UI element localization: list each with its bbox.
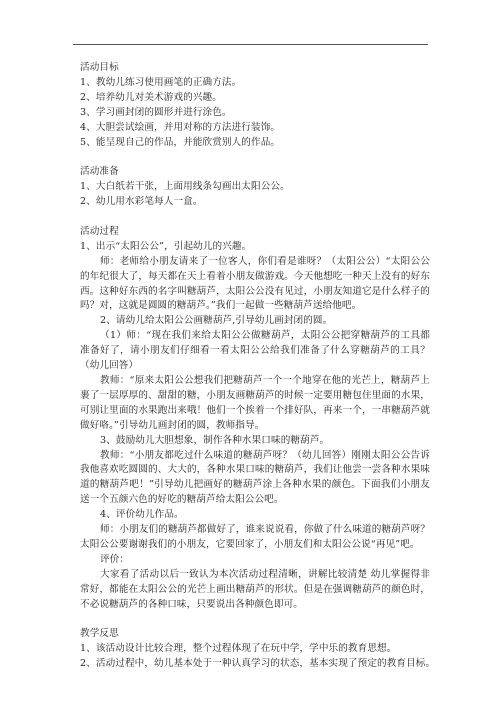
list-item: 2、活动过程中，幼儿基本处于一种认真学习的状态，基本实现了预定的教育目标。 (80, 657, 430, 672)
list-item: 1、该活动设计比较合理，整个过程体现了在玩中学，学中乐的教育思想。 (80, 642, 430, 657)
section-preparation: 活动准备 1、大白纸若干张，上面用线条勾画出太阳公公。 2、幼儿用水彩笔每人一盒… (80, 165, 430, 210)
step-paragraph: （1）师：“现在我们来给太阳公公做糖葫芦，太阳公公把穿糖葫芦的工具都准备好了，请… (80, 329, 430, 374)
section-heading: 活动目标 (80, 61, 430, 76)
step-title: 3、鼓励幼儿大胆想象，制作各种水果口味的糖葫芦。 (80, 434, 430, 449)
step-paragraph: 师：小朋友们的糖葫芦都做好了，谁来说说看，你做了什么味道的糖葫芦呀？太阳公公要谢… (80, 523, 430, 553)
section-process: 活动过程 1、出示“太阳公公”，引起幼儿的兴趣。 师：老师给小朋友请来了一位客人… (80, 225, 430, 613)
evaluation-label: 评价： (80, 553, 430, 568)
spacer (80, 150, 430, 165)
document-body: 活动目标 1、教幼儿练习使用画笔的正确方法。 2、培养幼儿对美术游戏的兴趣。 3… (80, 61, 430, 672)
section-goals: 活动目标 1、教幼儿练习使用画笔的正确方法。 2、培养幼儿对美术游戏的兴趣。 3… (80, 61, 430, 150)
step-paragraph: 教师：“原来太阳公公想我们把糖葫芦一个一个地穿在他的光芒上，糖葫芦上裹了一层厚厚… (80, 374, 430, 434)
list-item: 1、大白纸若干张，上面用线条勾画出太阳公公。 (80, 180, 430, 195)
spacer (80, 210, 430, 225)
step-title: 2、请幼儿给太阳公公画糖葫芦,引导幼儿画封闭的圆。 (80, 314, 430, 329)
header-rule (73, 44, 428, 45)
evaluation-paragraph: 大家看了活动以后一致认为本次活动过程清晰，讲解比较清楚 幼儿掌握得非常好，都能在… (80, 568, 430, 613)
section-heading: 活动准备 (80, 165, 430, 180)
step-paragraph: 教师：“小朋友都吃过什么味道的糖葫芦呀？（幼儿回答）刚刚太阳公公告诉我他喜欢吃圆… (80, 449, 430, 509)
list-item: 2、培养幼儿对美术游戏的兴趣。 (80, 91, 430, 106)
list-item: 2、幼儿用水彩笔每人一盒。 (80, 195, 430, 210)
list-item: 3、学习画封闭的圆形并进行涂色。 (80, 106, 430, 121)
section-heading: 活动过程 (80, 225, 430, 240)
spacer (80, 613, 430, 628)
section-reflection: 教学反思 1、该活动设计比较合理，整个过程体现了在玩中学，学中乐的教育思想。 2… (80, 627, 430, 672)
section-heading: 教学反思 (80, 627, 430, 642)
step-title: 4、评价幼儿作品。 (80, 508, 430, 523)
list-item: 4、大胆尝试绘画，并用对称的方法进行装饰。 (80, 121, 430, 136)
list-item: 1、教幼儿练习使用画笔的正确方法。 (80, 76, 430, 91)
list-item: 5、能呈现自己的作品，并能欣赏别人的作品。 (80, 136, 430, 151)
step-title: 1、出示“太阳公公”，引起幼儿的兴趣。 (80, 240, 430, 255)
step-paragraph: 师：老师给小朋友请来了一位客人，你们看是谁呀？（太阳公公）“太阳公公的年纪很大了… (80, 255, 430, 315)
